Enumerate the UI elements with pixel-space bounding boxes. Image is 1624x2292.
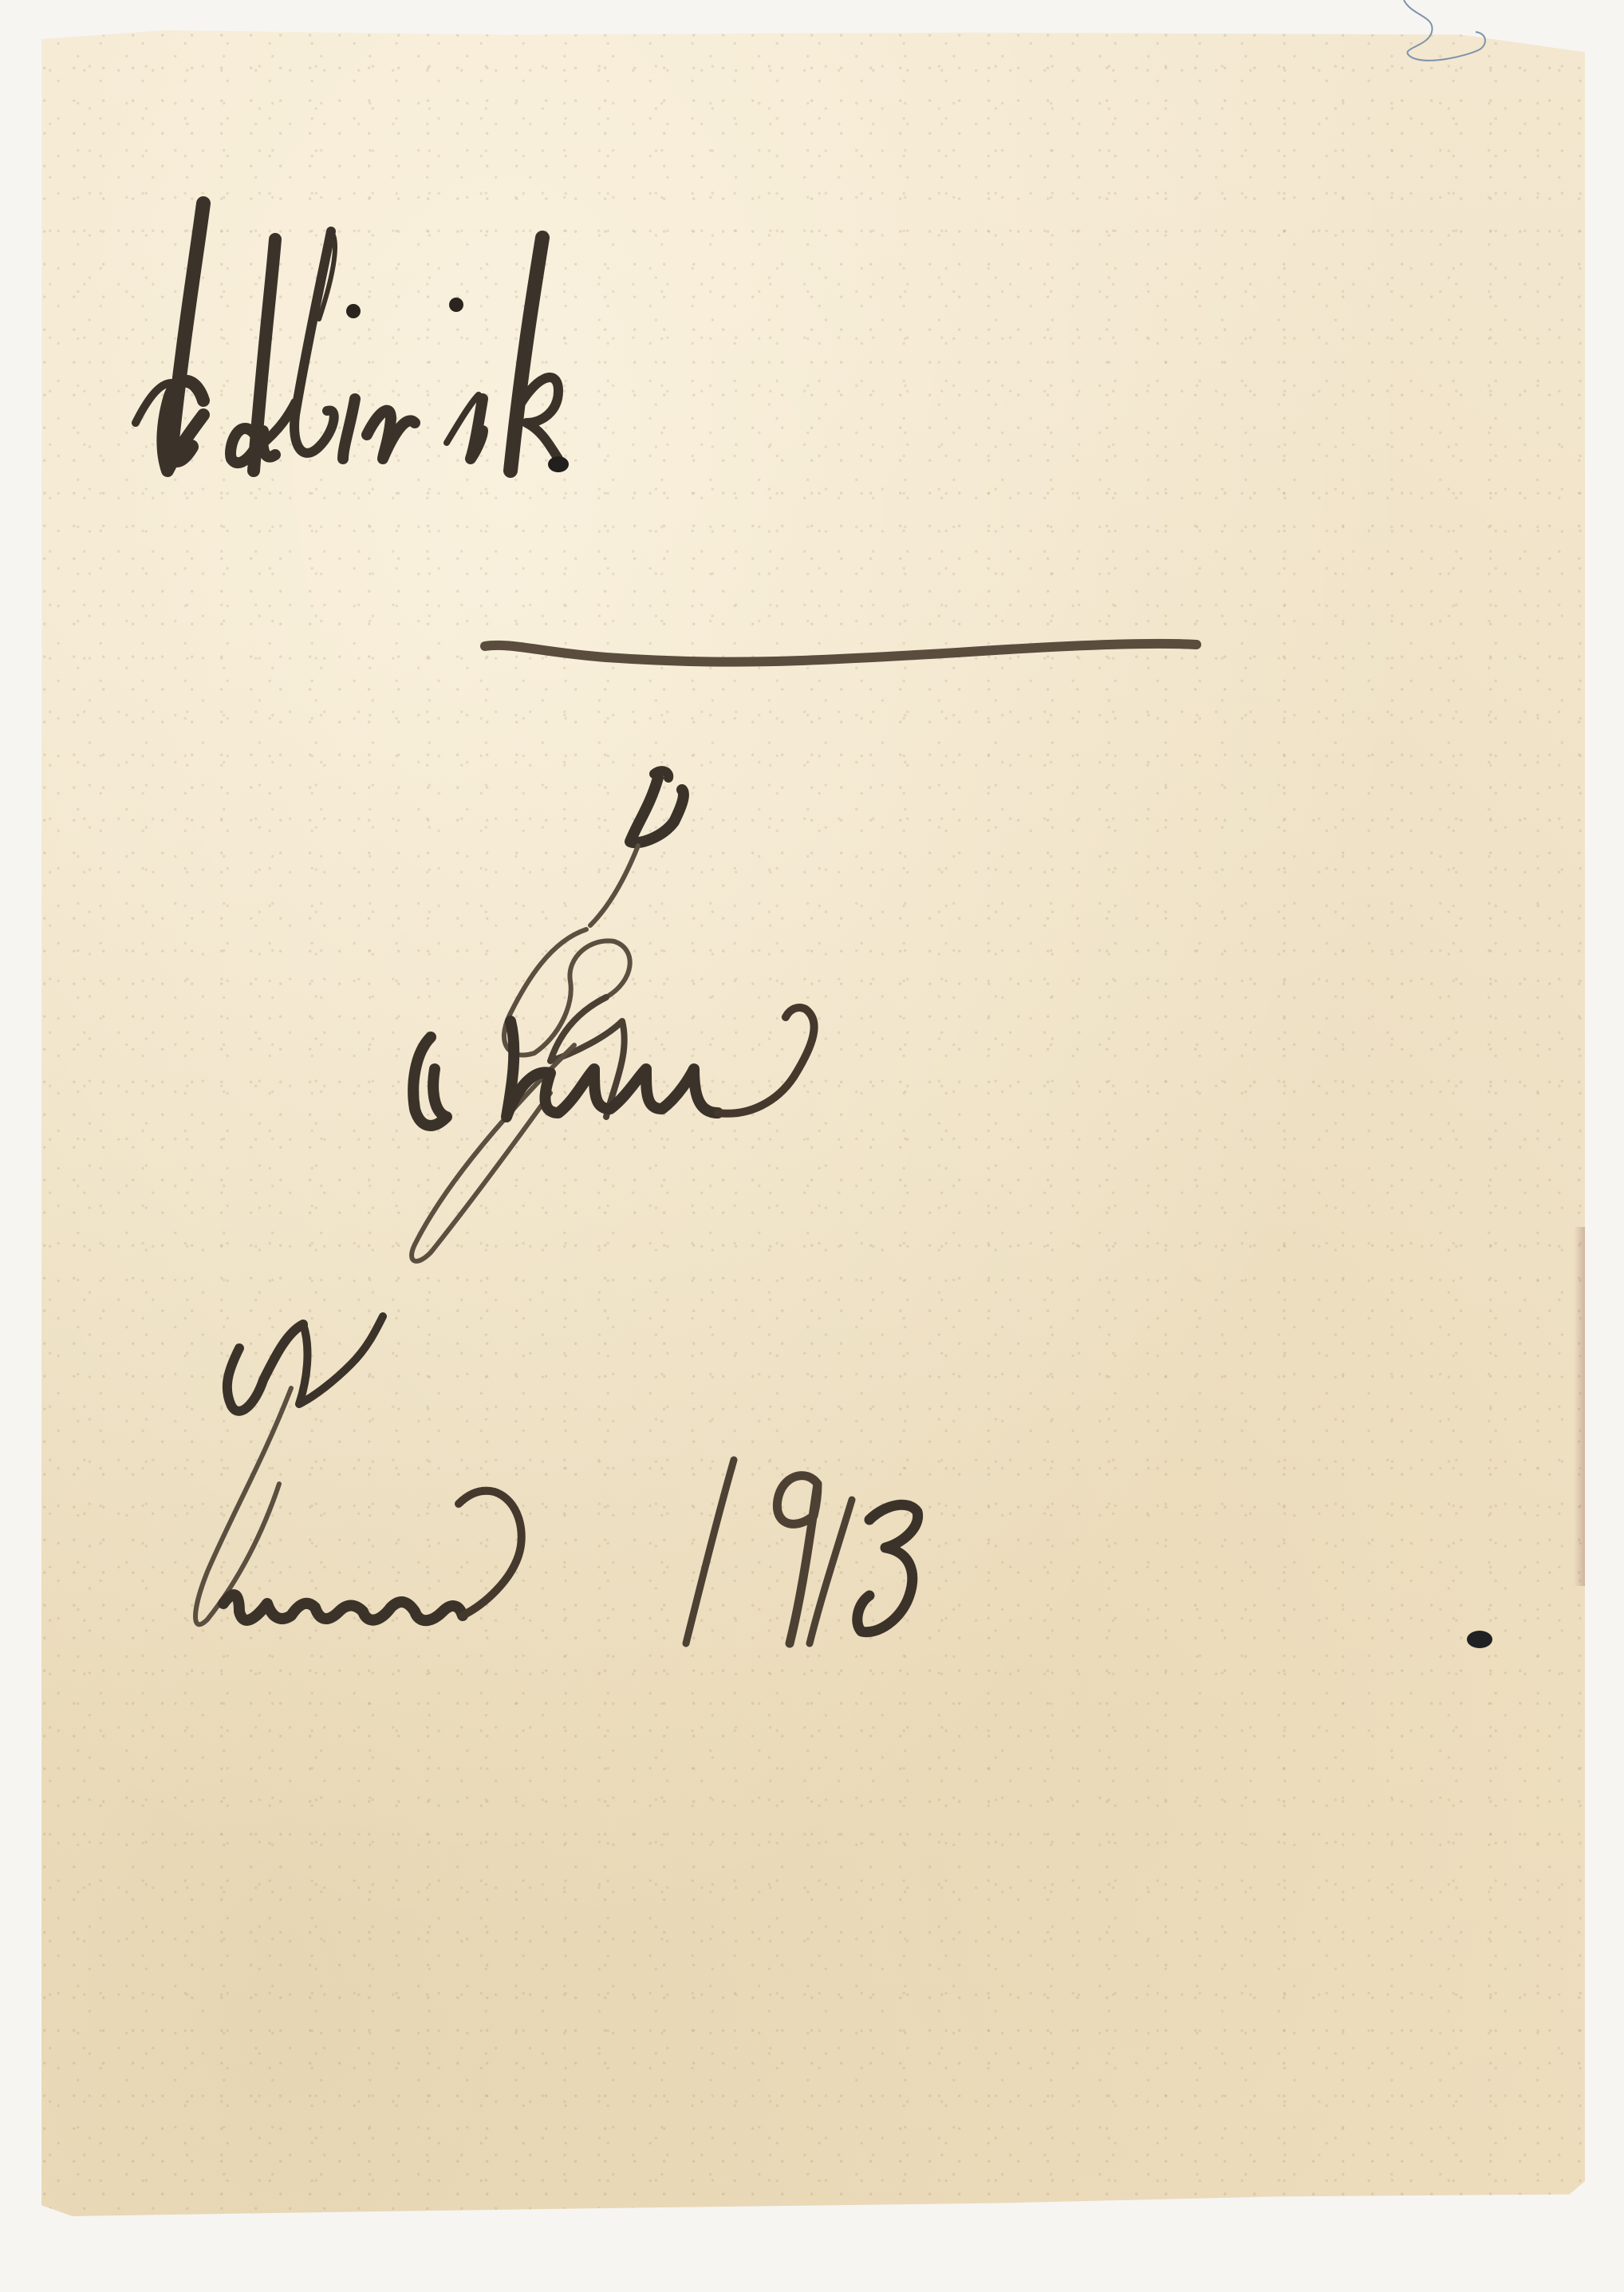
handwriting	[0, 0, 1624, 2292]
handwriting-line-januar-1913	[195, 1316, 1492, 1648]
handwriting-line-bremen	[412, 771, 814, 1261]
divider-line	[485, 644, 1196, 662]
handwriting-line-dat-bin-ik	[136, 203, 569, 472]
